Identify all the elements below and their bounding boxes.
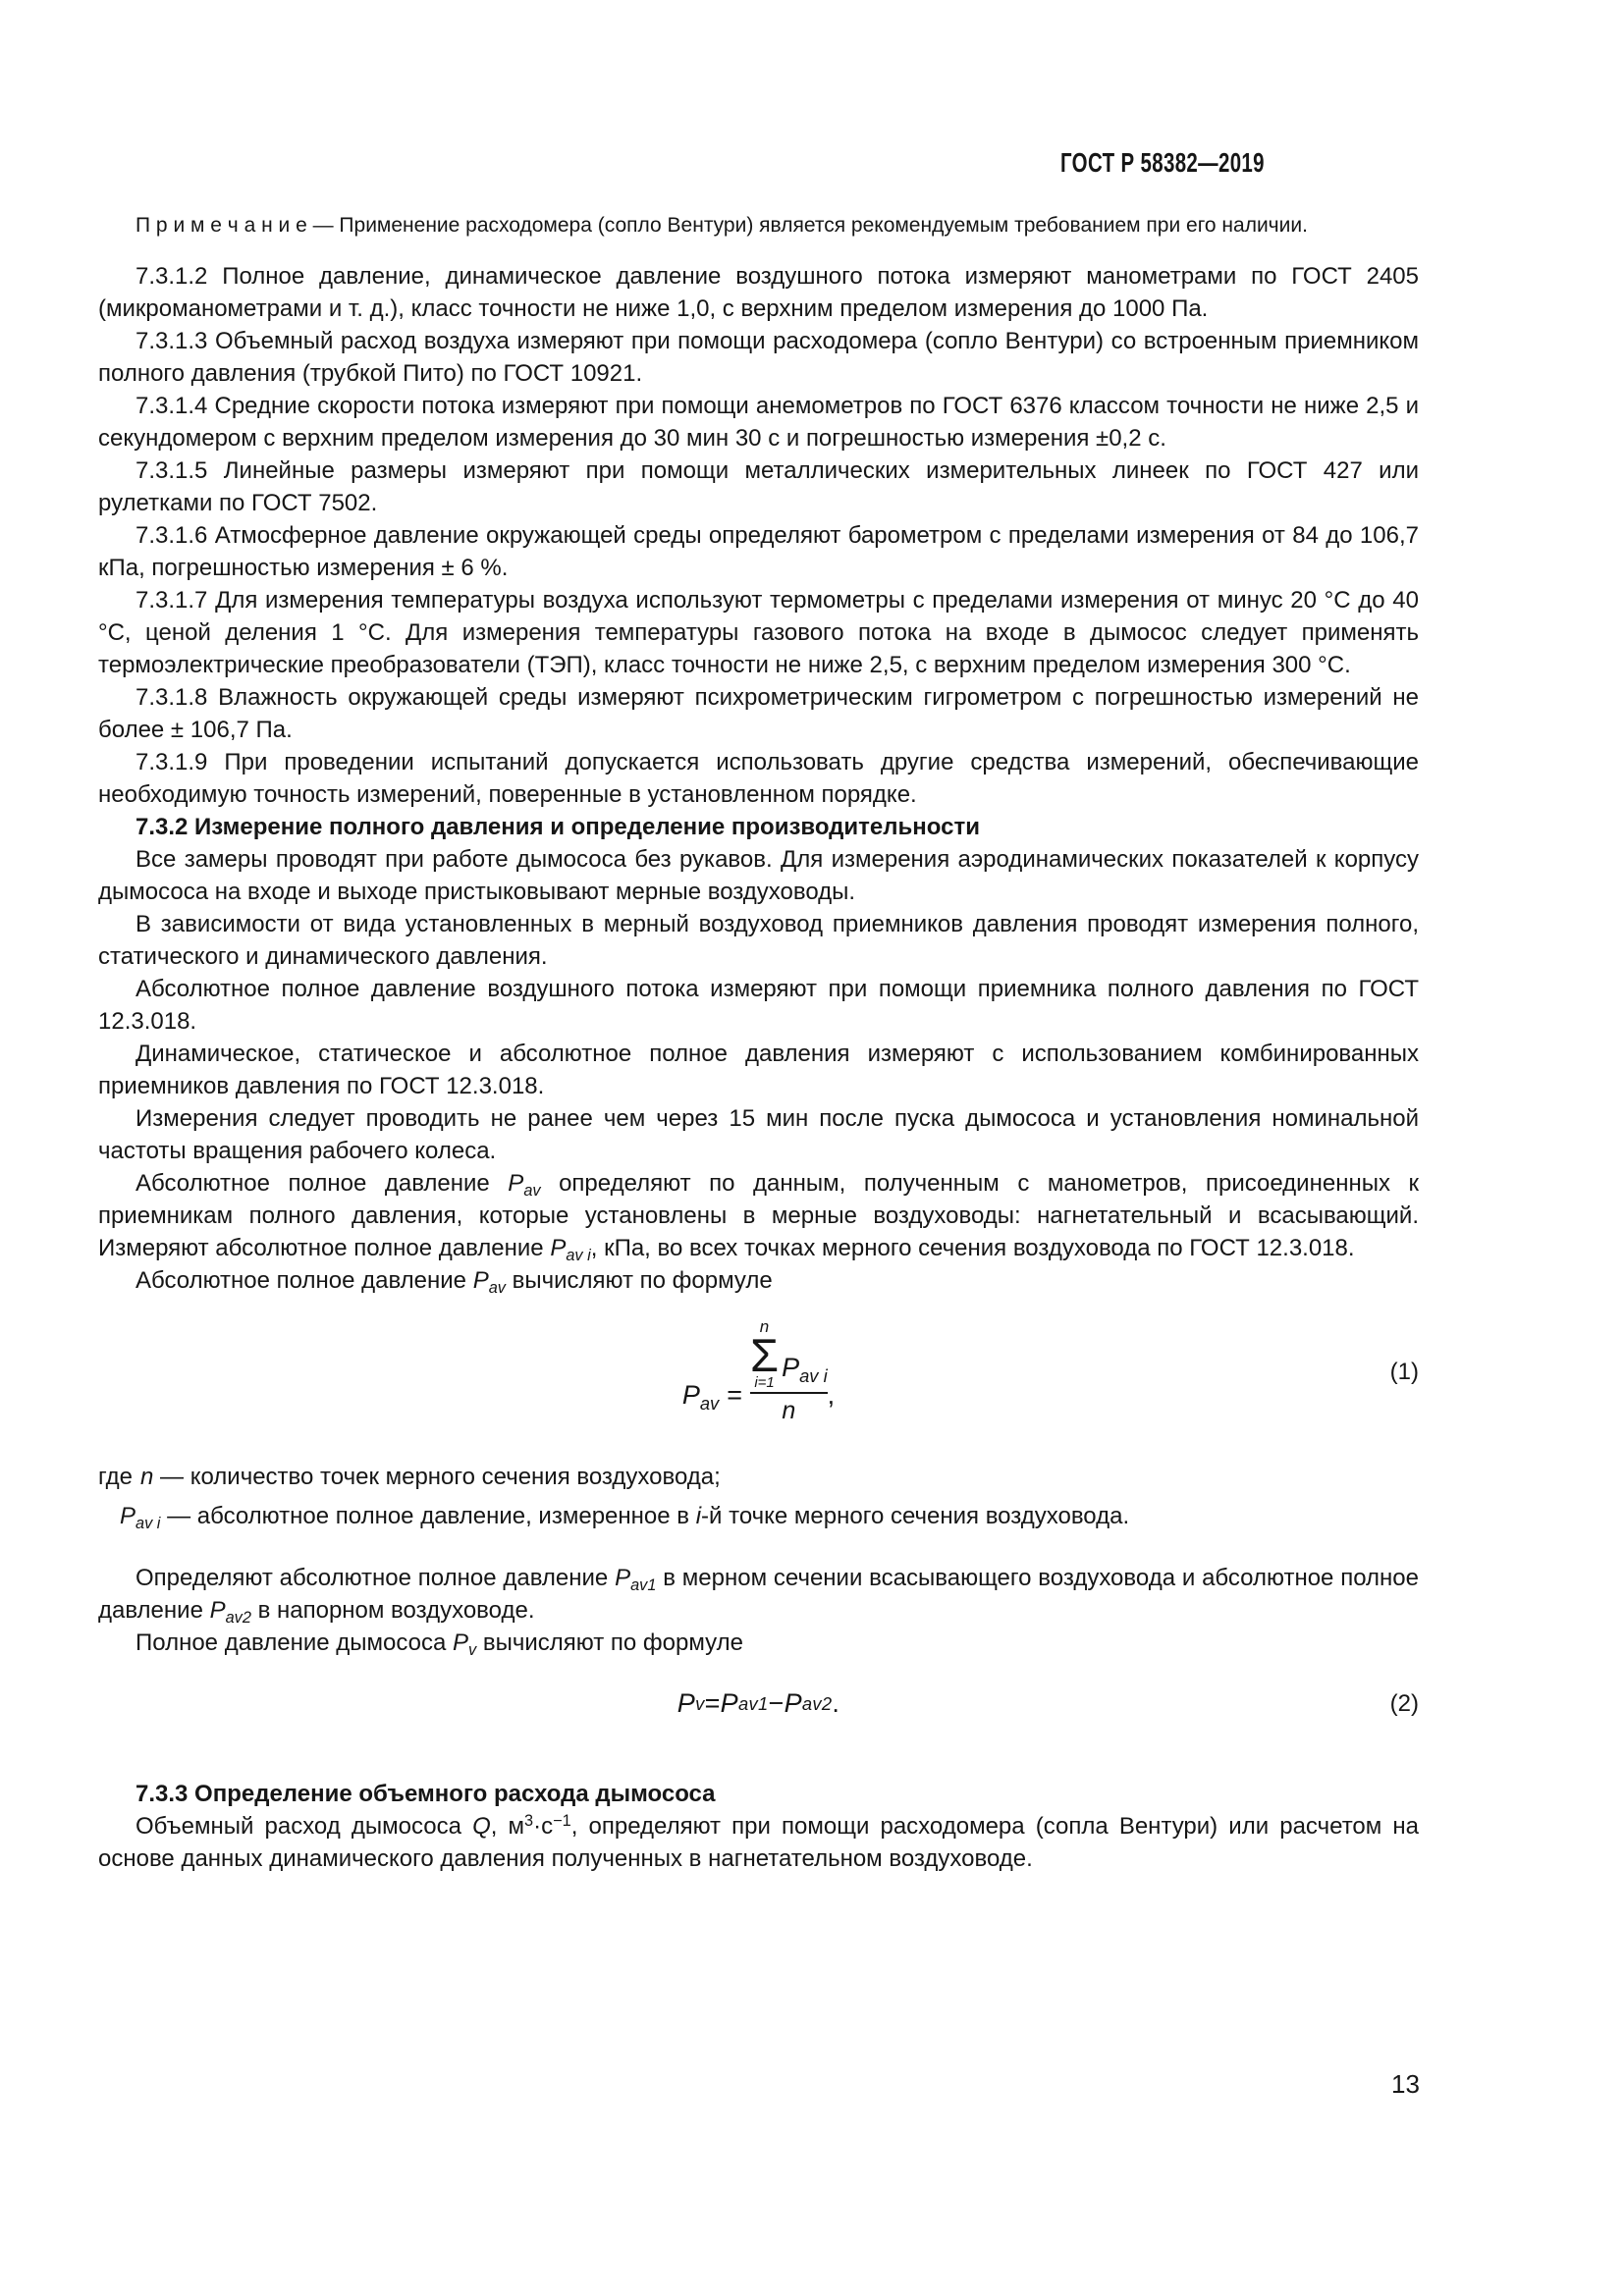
text-run: Полное давление дымососа — [135, 1629, 453, 1656]
paragraph: Все замеры проводят при работе дымососа … — [98, 843, 1419, 908]
text-run: P — [210, 1597, 226, 1624]
text-run: В зависимости от вида установленных в ме… — [98, 911, 1419, 970]
text-run: n — [140, 1464, 153, 1490]
section-heading: 7.3.3 Определение объемного расхода дымо… — [98, 1778, 1419, 1810]
text-run: P — [682, 1380, 700, 1410]
text-run: 3 — [524, 1812, 533, 1830]
text-run: 7.3.1.4 Средние скорости потока измеряют… — [98, 393, 1419, 452]
paragraph: 7.3.1.5 Линейные размеры измеряют при по… — [98, 454, 1419, 519]
page: { "page": { "header": "ГОСТ Р 58382—2019… — [0, 0, 1624, 2296]
text-run: −1 — [553, 1812, 571, 1830]
text-run: P — [473, 1267, 489, 1294]
paragraph: 7.3.1.9 При проведении испытаний допуска… — [98, 746, 1419, 811]
text-run: av i — [566, 1247, 590, 1264]
text-run: = — [705, 1688, 721, 1719]
text-run: Определяют абсолютное полное давление — [135, 1565, 615, 1591]
text-run: av i — [135, 1515, 160, 1532]
text-run: вычисляют по формуле — [506, 1267, 773, 1294]
text-run: P — [453, 1629, 468, 1656]
text-run: Все замеры проводят при работе дымососа … — [98, 846, 1419, 905]
definition-line: Pav i — абсолютное полное давление, изме… — [98, 1500, 1419, 1532]
paragraph: Определяют абсолютное полное давление Pa… — [98, 1562, 1419, 1627]
paragraph: 7.3.1.8 Влажность окружающей среды измер… — [98, 681, 1419, 746]
text-run: Динамическое, статическое и абсолютное п… — [98, 1041, 1419, 1099]
text-run: av — [700, 1393, 719, 1414]
paragraph: 7.3.1.7 Для измерения температуры воздух… — [98, 584, 1419, 681]
text-run: Объемный расход дымососа — [135, 1813, 472, 1840]
text-run: av i — [799, 1365, 828, 1386]
text-run: абсолютное полное давление, измеренное в — [197, 1503, 696, 1529]
paragraph: В зависимости от вида установленных в ме… — [98, 908, 1419, 973]
formula-expression: Pav=nΣi=1Pav in, — [98, 1318, 1419, 1425]
paragraph: Динамическое, статическое и абсолютное п… — [98, 1038, 1419, 1102]
formula-fan-pressure: Pv = Pav1 − Pav2.(2) — [98, 1688, 1419, 1719]
text-run: -й точке мерного сечения воздуховода. — [701, 1503, 1129, 1529]
paragraph: Полное давление дымососа Pv вычисляют по… — [98, 1627, 1419, 1659]
text-run: 7.3.2 Измерение полного давления и опред… — [135, 814, 980, 840]
fraction: nΣi=1Pav in — [750, 1318, 828, 1425]
where-label: где — [98, 1461, 140, 1493]
summation: nΣi=1 — [750, 1318, 779, 1390]
text-run: P — [120, 1503, 135, 1529]
definition-line: гдеn — количество точек мерного сечения … — [98, 1461, 1419, 1493]
standard-designation: ГОСТ Р 58382—2019 — [1060, 147, 1265, 179]
text-run: 7.3.1.6 Атмосферное давление окружающей … — [98, 522, 1419, 581]
text-run: 7.3.1.2 Полное давление, динамическое да… — [98, 263, 1419, 322]
fraction-denominator: n — [782, 1394, 795, 1425]
formula-trailing-comma: , — [828, 1380, 836, 1411]
paragraph: 7.3.1.6 Атмосферное давление окружающей … — [98, 519, 1419, 584]
text-run: v — [468, 1641, 476, 1659]
page-number: 13 — [1391, 2069, 1420, 2100]
definition-dash: — — [153, 1464, 189, 1490]
text-run: П р и м е ч а н и е — Применение расходо… — [135, 214, 1308, 237]
paragraph: 7.3.1.3 Объемный расход воздуха измеряют… — [98, 325, 1419, 390]
summand-variable: Pav i — [779, 1353, 828, 1390]
text-run: ·с — [533, 1813, 553, 1840]
text-run: P — [550, 1235, 566, 1261]
text-run: Абсолютное полное давление — [135, 1170, 508, 1197]
text-run: 7.3.1.3 Объемный расход воздуха измеряют… — [98, 328, 1419, 387]
paragraph: Абсолютное полное давление Pav вычисляют… — [98, 1264, 1419, 1297]
formula-number: (1) — [1390, 1359, 1419, 1386]
text-run: P — [677, 1688, 695, 1719]
paragraph: 7.3.1.4 Средние скорости потока измеряют… — [98, 390, 1419, 454]
section-heading: 7.3.2 Измерение полного давления и опред… — [98, 811, 1419, 843]
note-paragraph: П р и м е ч а н и е — Применение расходо… — [98, 210, 1419, 240]
paragraph: Абсолютное полное давление воздушного по… — [98, 973, 1419, 1038]
text-run: количество точек мерного сечения воздухо… — [190, 1464, 721, 1490]
text-run: Абсолютное полное давление воздушного по… — [98, 976, 1419, 1035]
text-run: Q — [472, 1813, 491, 1840]
summation-lower-limit: i=1 — [754, 1375, 774, 1390]
text-run: − — [768, 1688, 784, 1719]
formula-expression: Pv = Pav1 − Pav2. — [98, 1688, 1419, 1719]
paragraph: Измерения следует проводить не ранее чем… — [98, 1102, 1419, 1167]
formula-lhs: Pav — [682, 1380, 719, 1411]
text-run: , м — [491, 1813, 524, 1840]
formula-number: (2) — [1390, 1690, 1419, 1718]
formula-average-pressure: Pav=nΣi=1Pav in,(1) — [98, 1318, 1419, 1425]
text-run: P — [508, 1170, 523, 1197]
text-run: P — [785, 1688, 802, 1719]
text-run: P — [615, 1565, 630, 1591]
sigma-summation-symbol: Σ — [750, 1335, 779, 1375]
text-run: av — [489, 1279, 506, 1297]
paragraph: 7.3.1.2 Полное давление, динамическое да… — [98, 260, 1419, 325]
definition-dash: — — [160, 1503, 196, 1529]
text-run: 7.3.1.9 При проведении испытаний допуска… — [98, 749, 1419, 808]
text-run: 7.3.1.8 Влажность окружающей среды измер… — [98, 684, 1419, 743]
text-run: av1 — [630, 1576, 656, 1594]
text-run: 7.3.1.7 Для измерения температуры воздух… — [98, 587, 1419, 678]
text-run: Абсолютное полное давление — [135, 1267, 473, 1294]
paragraph: Объемный расход дымососа Q, м3·с−1, опре… — [98, 1810, 1419, 1875]
text-run: вычисляют по формуле — [476, 1629, 743, 1656]
text-run: . — [832, 1688, 839, 1719]
fraction-numerator: nΣi=1Pav i — [750, 1318, 828, 1390]
text-run: P — [782, 1353, 799, 1382]
paragraph: Абсолютное полное давление Pav определяю… — [98, 1167, 1419, 1264]
text-run: Измерения следует проводить не ранее чем… — [98, 1105, 1419, 1164]
text-run: в напорном воздуховоде. — [251, 1597, 535, 1624]
equals-sign: = — [719, 1380, 750, 1411]
text-run: P — [721, 1688, 738, 1719]
text-run: 7.3.3 Определение объемного расхода дымо… — [135, 1781, 716, 1807]
text-run: 7.3.1.5 Линейные размеры измеряют при по… — [98, 457, 1419, 516]
document-content: П р и м е ч а н и е — Применение расходо… — [98, 210, 1419, 1875]
text-run: av2 — [226, 1609, 251, 1627]
text-run: , кПа, во всех точках мерного сечения во… — [591, 1235, 1355, 1261]
text-run: av — [523, 1182, 540, 1200]
